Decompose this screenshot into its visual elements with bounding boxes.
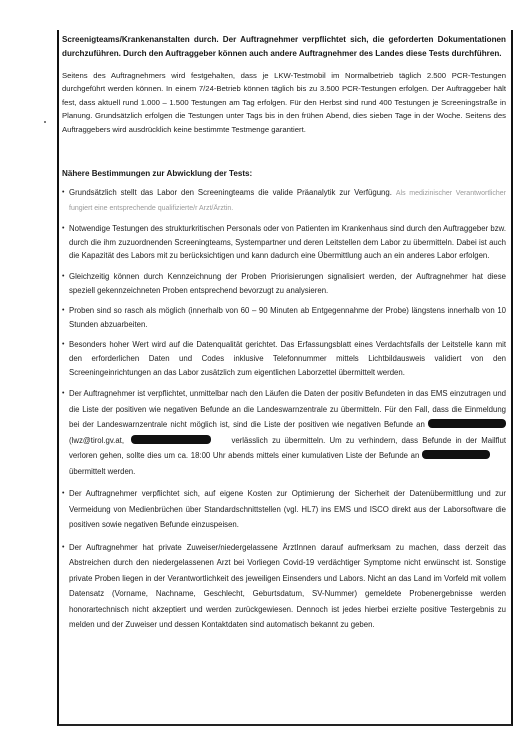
document-page: Screenigteams/Krankenanstalten durch. De… <box>57 30 513 726</box>
list-item: Proben sind so rasch als möglich (innerh… <box>62 304 506 331</box>
email-address: (lwz@tirol.gv.at, <box>69 436 124 445</box>
redaction-bar <box>131 435 211 444</box>
capacity-paragraph: Seitens des Auftragnehmers wird festgeha… <box>62 69 506 136</box>
redaction-bar <box>428 419 506 428</box>
section-title: Nähere Bestimmungen zur Abwicklung der T… <box>62 168 506 180</box>
list-item: Der Auftragnehmer verpflichtet sich, auf… <box>62 486 506 533</box>
provisions-list: Grundsätzlich stellt das Labor den Scree… <box>62 186 506 633</box>
list-item: Besonders hoher Wert wird auf die Datenq… <box>62 338 506 379</box>
list-item: Der Auftragnehmer hat private Zuweiser/n… <box>62 540 506 633</box>
list-item: Der Auftragnehmer ist verpflichtet, unmi… <box>62 386 506 479</box>
list-item: Notwendige Testungen des strukturkritisc… <box>62 222 506 263</box>
list-item: Gleichzeitig können durch Kennzeichnung … <box>62 270 506 297</box>
scan-speck <box>44 121 46 123</box>
list-item: Grundsätzlich stellt das Labor den Scree… <box>62 186 506 215</box>
bullet-text: Grundsätzlich stellt das Labor den Scree… <box>69 188 392 197</box>
bullet-text: übermittelt werden. <box>69 467 135 476</box>
redaction-bar <box>422 450 490 459</box>
intro-bold-paragraph: Screenigteams/Krankenanstalten durch. De… <box>62 33 506 61</box>
